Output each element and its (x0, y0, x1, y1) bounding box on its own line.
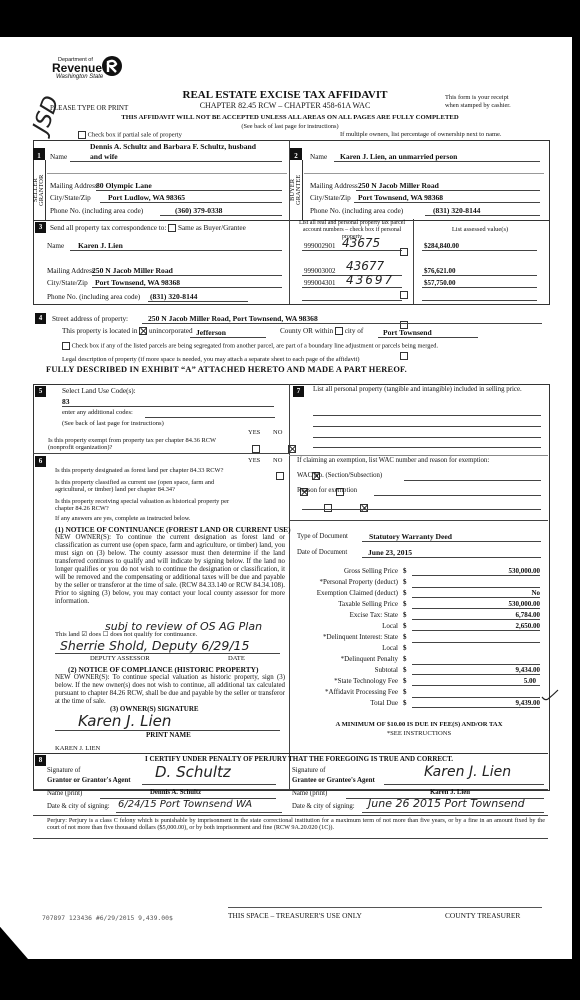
section-5-badge: 5 (35, 386, 46, 397)
section-2-badge: 2 (290, 148, 302, 160)
tax-row: Subtotal $ 9,434.00 (290, 666, 542, 677)
street-label: Street address of property: (52, 315, 128, 323)
grantee-agent-label: Grantee or Grantee's Agent (292, 776, 375, 784)
property-county[interactable]: Jefferson (196, 328, 226, 337)
seller-address[interactable]: 80 Olympic Lane (96, 181, 152, 190)
print-name[interactable]: KAREN J. LIEN (55, 745, 100, 753)
personal-property-label: List all personal property (tangible and… (313, 386, 543, 394)
land-use-label: Select Land Use Code(s): (62, 387, 136, 395)
grantee-date-city-label: Date & city of signing: (292, 803, 355, 811)
tax-row-value[interactable]: 530,000.00 (412, 600, 540, 609)
additional-codes-label: enter any additional codes: (62, 409, 133, 417)
tax-row-value[interactable] (412, 655, 540, 665)
assessed-value[interactable]: $57,750.00 (424, 279, 456, 287)
tax-row: *Delinquent Interest: State $ (290, 633, 542, 644)
parcel-row: 999003002 43677 $76,621.00 (0, 55, 8, 73)
partial-sale-label: Check box if partial sale of property (88, 131, 182, 138)
seller-name-label: Name (50, 153, 67, 161)
currency-sign: $ (403, 589, 407, 597)
parcel-handwritten: 43677 (346, 259, 384, 273)
see-instructions: *SEE INSTRUCTIONS (292, 730, 546, 738)
receipt-note-1: This form is your receipt (445, 94, 511, 102)
tax-row-label: Exemption Claimed (deduct) (290, 589, 398, 597)
assessed-value[interactable]: $76,621.00 (424, 267, 456, 275)
tax-row-value[interactable] (412, 578, 540, 588)
multiple-owners-note: If multiple owners, list percentage of o… (340, 131, 502, 138)
parcel-handwritten: 43697 (346, 273, 394, 287)
same-as-buyer-label: Same as Buyer/Grantee (178, 224, 246, 232)
buyer-address-label: Mailing Address (310, 182, 358, 190)
doc-type[interactable]: Statutory Warranty Deed (369, 532, 452, 541)
currency-sign: $ (403, 644, 407, 652)
notice2-text: NEW OWNER(S): To continue special valuat… (55, 674, 285, 706)
exempt-yes-label: YES (248, 429, 260, 436)
notice1-text: NEW OWNER(S): To continue the current de… (55, 534, 285, 606)
owner-signature: Karen J. Lien (78, 712, 171, 730)
tax-row: *State Technology Fee $ 5.00 (290, 677, 542, 688)
currency-sign: $ (403, 578, 407, 586)
if-yes-note: If any answers are yes, complete as inst… (55, 515, 191, 522)
tax-row-value[interactable] (412, 644, 540, 653)
personal-property-checkbox[interactable] (400, 248, 408, 256)
assessed-header: List assessed value(s) (415, 226, 545, 233)
county-or-row: County OR within city of (280, 327, 363, 335)
notice1-title: (1) NOTICE OF CONTINUANCE (FOREST LAND O… (55, 525, 291, 534)
located-row: This property is located in unincorporat… (62, 327, 193, 335)
section-6-badge: 6 (35, 456, 46, 467)
seller-side-label: SELLER GRANTOR (33, 160, 46, 220)
grantor-agent-label: Grantor or Grantor's Agent (47, 776, 131, 784)
legal-label: Legal description of property (if more s… (62, 356, 359, 363)
corr-address-label: Mailing Address (47, 267, 95, 275)
currency-sign: $ (403, 677, 407, 685)
unincorporated-label: unincorporated (149, 327, 193, 335)
partial-sale-checkbox[interactable] (78, 131, 86, 139)
tax-row-label: *Delinquent Penalty (290, 655, 398, 663)
section-8-badge: 8 (35, 755, 46, 766)
tax-row-value[interactable]: 9,434.00 (412, 666, 540, 675)
grantee-sig-of: Signature of (292, 767, 325, 775)
currency-sign: $ (403, 633, 407, 641)
tax-row: Local $ (290, 644, 542, 655)
corr-city[interactable]: Port Townsend, WA 98368 (95, 278, 180, 287)
corr-city-label: City/State/Zip (47, 279, 88, 287)
tax-row: *Personal Property (deduct) $ (290, 578, 542, 589)
seller-city-label: City/State/Zip (50, 194, 91, 202)
tax-row-label: Total Due (290, 699, 398, 707)
receipt-note-2: when stamped by cashier. (445, 102, 511, 110)
parcel-number[interactable]: 999002901 (304, 242, 336, 250)
partial-sale-row: Check box if partial sale of property (78, 131, 182, 139)
property-city[interactable]: Port Townsend (383, 328, 432, 337)
tax-row-value[interactable] (412, 633, 540, 643)
tax-row-label: *State Technology Fee (290, 677, 398, 685)
seller-city[interactable]: Port Ludlow, WA 98365 (108, 193, 185, 202)
parcel-row (0, 91, 8, 109)
same-as-buyer-checkbox[interactable] (168, 224, 176, 232)
corr-address[interactable]: 250 N Jacob Miller Road (92, 266, 173, 275)
tax-row-value[interactable] (412, 688, 540, 698)
logo-name: Revenue (52, 63, 103, 74)
tax-row-label: Taxable Selling Price (290, 600, 398, 608)
currency-sign: $ (403, 611, 407, 619)
city-checkbox[interactable] (335, 327, 343, 335)
seller-phone-label: Phone No. (including area code) (50, 207, 143, 215)
tax-row-value[interactable]: 6,784.00 (412, 611, 540, 620)
county-treasurer-label: COUNTY TREASURER (445, 912, 520, 921)
buyer-phone-label: Phone No. (including area code) (310, 207, 403, 215)
historic-question: Is this property receiving special valua… (55, 498, 240, 513)
tax-row-value[interactable]: 5.00 (412, 677, 540, 686)
land-use-see-back: (See back of last page for instructions) (62, 420, 164, 428)
buyer-phone[interactable]: (831) 320-8144 (433, 206, 480, 215)
buyer-name[interactable]: Karen J. Lien, an unmarried person (340, 152, 457, 161)
perjury-notice: Perjury: Perjury is a class C felony whi… (47, 817, 545, 831)
tax-row-label: Subtotal (290, 666, 398, 674)
assessor-signature: Sherrie Shold, Deputy 6/29/15 (60, 638, 249, 653)
see-back: (See back of last page for instructions) (60, 123, 520, 130)
seller-phone[interactable]: (360) 379-0338 (175, 206, 222, 215)
wac-label: WAC No. (Section/Subsection) (297, 472, 382, 480)
currency-sign: $ (403, 699, 407, 707)
print-name-label: PRINT NAME (146, 731, 191, 739)
form-warning: THIS AFFIDAVIT WILL NOT BE ACCEPTED UNLE… (60, 114, 520, 121)
forest-yes-checkbox[interactable] (276, 472, 284, 480)
s6-yes-label: YES (248, 457, 260, 464)
tax-row-label: Local (290, 644, 398, 652)
county-or-label: County OR within (280, 327, 333, 335)
exempt-no-checkbox[interactable] (288, 445, 296, 453)
seller-name-line1[interactable]: Dennis A. Schultz and Barbara F. Schultz… (90, 142, 256, 151)
grantee-name-label: Name (print) (292, 790, 327, 798)
legal-description[interactable]: FULLY DESCRIBED IN EXHIBIT “A” ATTACHED … (46, 365, 407, 374)
located-label: This property is located in (62, 327, 137, 335)
grantee-signature: Karen J. Lien (424, 764, 511, 780)
doc-type-label: Type of Document (297, 533, 348, 541)
type-or-print: PLEASE TYPE OR PRINT (50, 104, 128, 112)
doc-date-label: Date of Document (297, 549, 347, 557)
buyer-city-label: City/State/Zip (310, 194, 351, 202)
tax-row: Exemption Claimed (deduct) $ No (290, 589, 542, 600)
current-use-question: Is this property classified as current u… (55, 479, 240, 494)
parcel-row: 999002901 43675 $284,840.00 (0, 37, 8, 55)
parcel-list: 999002901 43675 $284,840.00 999003002 43… (0, 37, 8, 109)
tax-row-label: *Delinquent Interest: State (290, 633, 398, 641)
correspondence-row: Send all property tax correspondence to:… (50, 224, 246, 232)
buyer-name-label: Name (310, 153, 327, 161)
tax-row-label: Excise Tax: State (290, 611, 398, 619)
assessor-date-label: DATE (228, 655, 245, 663)
buyer-address[interactable]: 250 N Jacob Miller Road (358, 181, 439, 190)
grantor-date-city: 6/24/15 Port Townsend WA (118, 799, 252, 810)
dor-logo-icon (100, 54, 124, 78)
tax-row-label: Gross Selling Price (290, 567, 398, 575)
section-7-badge: 7 (293, 386, 304, 397)
tax-row-value[interactable]: No (412, 589, 540, 598)
tax-row: *Delinquent Penalty $ (290, 655, 542, 666)
tax-row: *Affidavit Processing Fee $ (290, 688, 542, 699)
exemption-label: If claiming an exemption, list WAC numbe… (297, 457, 489, 465)
currency-sign: $ (403, 655, 407, 663)
section-4-badge: 4 (35, 313, 46, 324)
currency-sign: $ (403, 622, 407, 630)
personal-property-checkbox[interactable] (400, 291, 408, 299)
grantor-name-label: Name (print) (47, 790, 82, 798)
minimum-due: A MINIMUM OF $10.00 IS DUE IN FEE(S) AND… (292, 721, 546, 728)
corr-name-label: Name (47, 242, 64, 250)
form-title: REAL ESTATE EXCISE TAX AFFIDAVIT (150, 89, 420, 101)
unincorporated-checkbox[interactable] (139, 327, 147, 335)
land-use-code[interactable]: 83 (62, 397, 70, 406)
currency-sign: $ (403, 688, 407, 696)
currency-sign: $ (403, 600, 407, 608)
corr-phone-label: Phone No. (including area code) (47, 293, 140, 301)
notice2-title: (2) NOTICE OF COMPLIANCE (HISTORIC PROPE… (68, 665, 258, 674)
parcel-row: 999004301 43697 $57,750.00 (0, 73, 8, 91)
logo-state: Washington State (56, 74, 103, 81)
segregated-row: Check box if any of the listed parcels a… (62, 342, 438, 350)
property-street[interactable]: 250 N Jacob Miller Road, Port Townsend, … (148, 314, 318, 323)
checkmark-icon (540, 688, 560, 702)
parcel-number[interactable]: 999003002 (304, 267, 336, 275)
tax-row: Taxable Selling Price $ 530,000.00 (290, 600, 542, 611)
assessed-value[interactable]: $284,840.00 (424, 242, 459, 250)
exempt-yes-checkbox[interactable] (252, 445, 260, 453)
forest-question: Is this property designated as forest la… (55, 467, 223, 474)
corr-phone[interactable]: (831) 320-8144 (150, 292, 197, 301)
grantor-name[interactable]: Dennis A. Schultz (150, 789, 201, 796)
tax-row: Total Due $ 9,439.00 (290, 699, 542, 710)
tax-row-value[interactable]: 2,650.00 (412, 622, 540, 631)
deputy-assessor-label: DEPUTY ASSESSOR (90, 655, 150, 663)
section-3-badge: 3 (35, 222, 46, 233)
segregated-label: Check box if any of the listed parcels a… (72, 342, 439, 349)
tax-row: Local $ 2,650.00 (290, 622, 542, 633)
exempt-no-label: NO (273, 429, 282, 436)
segregated-checkbox[interactable] (62, 342, 70, 350)
treasurer-space-label: THIS SPACE – TREASURER'S USE ONLY (228, 912, 362, 921)
grantor-date-city-label: Date & city of signing: (47, 803, 110, 811)
cashier-stamp: 707897 123436 #6/29/2015 9,439.00$ (42, 915, 173, 922)
tax-row-label: Local (290, 622, 398, 630)
s6-no-label: NO (273, 457, 282, 464)
doc-date[interactable]: June 23, 2015 (368, 548, 412, 557)
dor-logo: Department of Revenue Washington State (52, 57, 103, 81)
reason-label: Reason for exemption (297, 487, 357, 495)
correspondence-label: Send all property tax correspondence to: (50, 224, 166, 232)
grantor-signature: D. Schultz (155, 763, 231, 781)
exempt-question: Is this property exempt from property ta… (48, 437, 228, 452)
currency-sign: $ (403, 567, 407, 575)
form-chapter: CHAPTER 82.45 RCW – CHAPTER 458-61A WAC (150, 101, 420, 110)
buyer-side-label: BUYER GRANTEE (290, 160, 303, 220)
grantee-date-city: June 26 2015 Port Townsend (368, 797, 525, 810)
grantee-name[interactable]: Karen J. Lien (430, 789, 470, 796)
tax-row: Excise Tax: State $ 6,784.00 (290, 611, 542, 622)
seller-address-label: Mailing Address (50, 182, 98, 190)
city-of-label: city of (345, 327, 364, 335)
tax-row-label: *Personal Property (deduct) (290, 578, 398, 586)
tax-row-label: *Affidavit Processing Fee (290, 688, 398, 696)
parcel-number[interactable]: 999004301 (304, 279, 336, 287)
buyer-city[interactable]: Port Townsend, WA 98368 (358, 193, 443, 202)
tax-row: Gross Selling Price $ 530,000.00 (290, 567, 542, 578)
seller-name-line2[interactable]: and wife (90, 152, 118, 161)
certify-text: I CERTIFY UNDER PENALTY OF PERJURY THAT … (50, 755, 548, 763)
personal-property-checkbox[interactable] (400, 352, 408, 360)
parcel-handwritten: 43675 (342, 236, 380, 250)
tax-row-value[interactable]: 530,000.00 (412, 567, 540, 576)
currency-sign: $ (403, 666, 407, 674)
receipt-note: This form is your receipt when stamped b… (445, 94, 511, 109)
section-1-badge: 1 (33, 148, 45, 160)
grantor-sig-of: Signature of (47, 767, 80, 775)
corr-name[interactable]: Karen J. Lien (78, 241, 123, 250)
tax-row-value[interactable]: 9,439.00 (412, 699, 540, 708)
affidavit-page: Department of Revenue Washington State J… (0, 37, 572, 959)
